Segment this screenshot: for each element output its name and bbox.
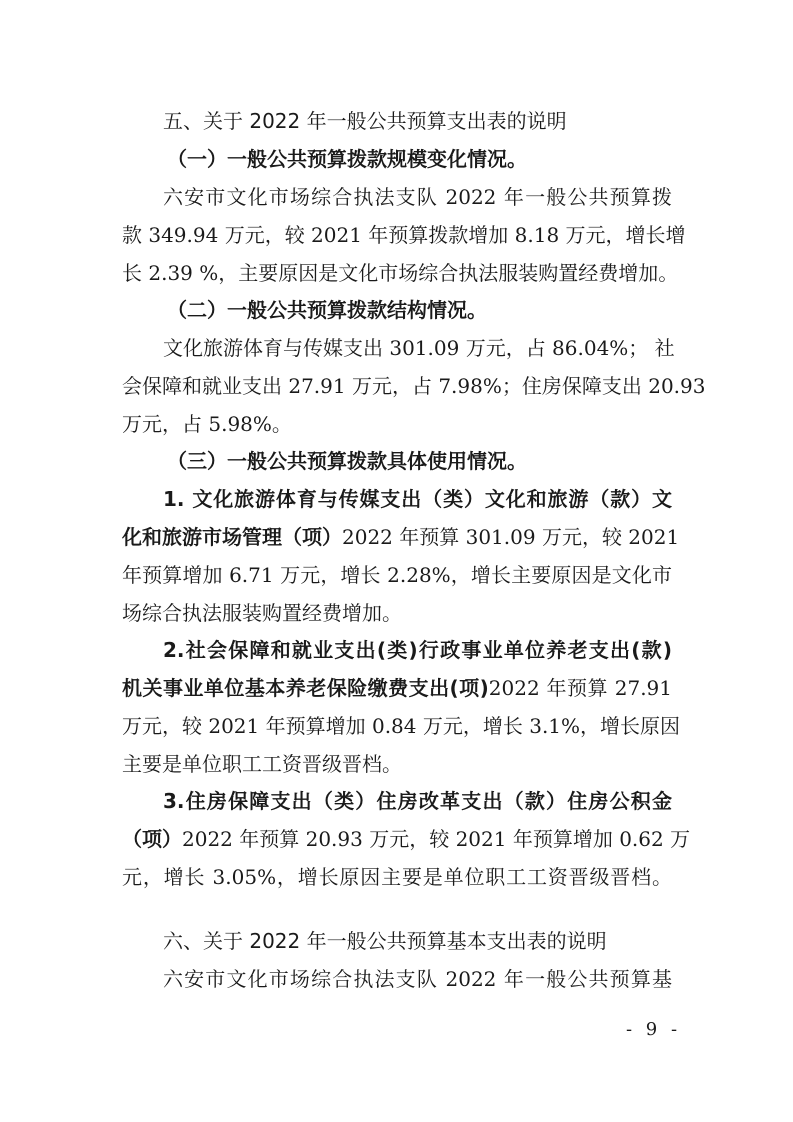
paragraph-line: （项）2022 年预算 20.93 万元，较 2021 年预算增加 0.62 万 bbox=[122, 826, 672, 852]
subsection-2-heading: （二）一般公共预算拨款结构情况。 bbox=[167, 297, 717, 323]
section-6-title: 六、关于 2022 年一般公共预算基本支出表的说明 bbox=[163, 928, 672, 954]
paragraph-line: 主要是单位职工工资晋级晋档。 bbox=[122, 751, 672, 777]
section-5-title: 五、关于 2022 年一般公共预算支出表的说明 bbox=[163, 108, 672, 134]
item-2-text: 2022 年预算 27.91 bbox=[489, 676, 672, 700]
paragraph-line: 机关事业单位基本养老保险缴费支出(项)2022 年预算 27.91 bbox=[122, 675, 672, 701]
item-3-title: 3.住房保障支出（类）住房改革支出（款）住房公积金 bbox=[163, 788, 672, 814]
item-2-title-cont: 机关事业单位基本养老保险缴费支出(项) bbox=[122, 676, 489, 700]
paragraph-line: 六安市文化市场综合执法支队 2022 年一般公共预算基 bbox=[163, 966, 672, 992]
subsection-1-heading: （一）一般公共预算拨款规模变化情况。 bbox=[167, 146, 717, 172]
paragraph-line: 款 349.94 万元，较 2021 年预算拨款增加 8.18 万元，增长增 bbox=[122, 222, 672, 248]
item-3-title-cont: （项） bbox=[122, 827, 182, 851]
paragraph-line: 文化旅游体育与传媒支出 301.09 万元，占 86.04%； 社 bbox=[163, 335, 672, 361]
paragraph-line: 会保障和就业支出 27.91 万元，占 7.98%；住房保障支出 20.93 bbox=[122, 373, 672, 399]
paragraph-line: 元，增长 3.05%，增长原因主要是单位职工工资晋级晋档。 bbox=[122, 864, 672, 890]
paragraph-line: 化和旅游市场管理（项）2022 年预算 301.09 万元，较 2021 bbox=[122, 524, 672, 550]
paragraph-line: 场综合执法服装购置经费增加。 bbox=[122, 600, 672, 626]
page-number: - 9 - bbox=[626, 1019, 681, 1040]
paragraph-line: 万元，占 5.98%。 bbox=[122, 411, 672, 437]
paragraph-line: 六安市文化市场综合执法支队 2022 年一般公共预算拨 bbox=[163, 184, 672, 210]
item-1-title: 1. 文化旅游体育与传媒支出（类）文化和旅游（款）文 bbox=[163, 486, 672, 512]
item-1-text: 2022 年预算 301.09 万元，较 2021 bbox=[342, 525, 679, 549]
subsection-3-heading: （三）一般公共预算拨款具体使用情况。 bbox=[167, 448, 717, 474]
item-3-text: 2022 年预算 20.93 万元，较 2021 年预算增加 0.62 万 bbox=[182, 827, 690, 851]
item-2-title: 2.社会保障和就业支出(类)行政事业单位养老支出(款) bbox=[163, 637, 672, 663]
item-1-title-cont: 化和旅游市场管理（项） bbox=[122, 525, 342, 549]
paragraph-line: 年预算增加 6.71 万元，增长 2.28%，增长主要原因是文化市 bbox=[122, 562, 672, 588]
paragraph-line: 长 2.39 %，主要原因是文化市场综合执法服装购置经费增加。 bbox=[122, 260, 672, 286]
paragraph-line: 万元，较 2021 年预算增加 0.84 万元，增长 3.1%，增长原因 bbox=[122, 713, 672, 739]
